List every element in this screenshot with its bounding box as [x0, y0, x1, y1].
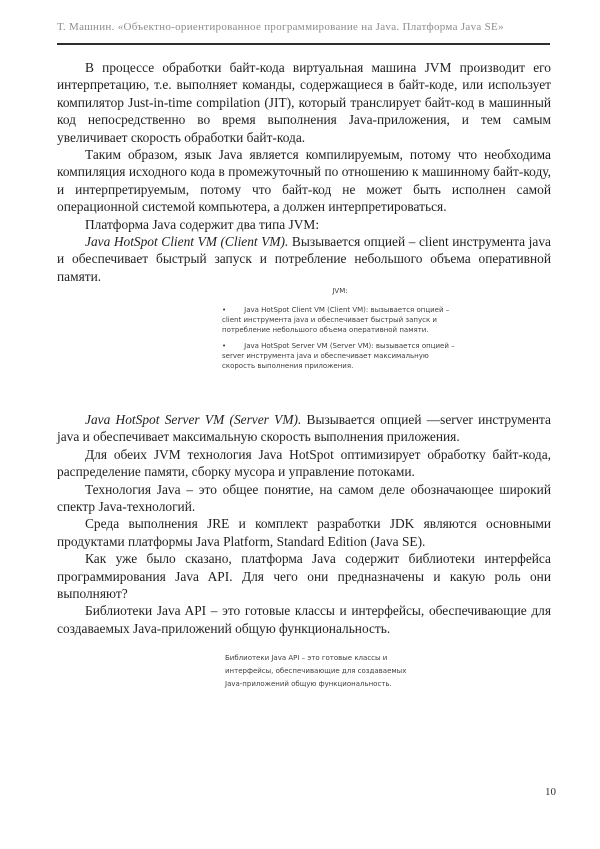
bullet-text: Java HotSpot Server VM (Server VM): вызы… — [222, 342, 455, 370]
paragraph-text: Как уже было сказано, платформа Java сод… — [57, 551, 551, 601]
embedded-figure-jvm: JVM: •Java HotSpot Client VM (Client VM)… — [222, 286, 458, 377]
document-page: Т. Машнин. «Объектно-ориентированное про… — [0, 0, 600, 849]
paragraph-text: Платформа Java содержит два типа JVM: — [85, 217, 319, 232]
embedded-figure-api: Библиотеки Java API – это готовые классы… — [225, 652, 415, 691]
paragraph: Платформа Java содержит два типа JVM: — [57, 216, 551, 233]
paragraph-text: Для обеих JVM технология Java HotSpot оп… — [57, 447, 551, 479]
body-text-lower: Java HotSpot Server VM (Server VM). Вызы… — [57, 411, 551, 637]
figure-title: JVM: — [222, 286, 458, 296]
bullet-icon: • — [222, 306, 226, 314]
paragraph: Библиотеки Java API – это готовые классы… — [57, 602, 551, 637]
header-rule — [57, 43, 550, 45]
paragraph: Таким образом, язык Java является компил… — [57, 146, 551, 216]
paragraph: Java HotSpot Client VM (Client VM). Вызы… — [57, 233, 551, 285]
paragraph-text: Библиотеки Java API – это готовые классы… — [57, 603, 551, 635]
bullet-icon: • — [222, 342, 226, 350]
running-header: Т. Машнин. «Объектно-ориентированное про… — [57, 21, 552, 33]
paragraph: В процессе обработки байт-кода виртуальн… — [57, 59, 551, 146]
paragraph: Java HotSpot Server VM (Server VM). Вызы… — [57, 411, 551, 446]
figure-bullet-item: •Java HotSpot Client VM (Client VM): выз… — [222, 305, 458, 335]
paragraph-text: В процессе обработки байт-кода виртуальн… — [57, 60, 551, 145]
paragraph: Как уже было сказано, платформа Java сод… — [57, 550, 551, 602]
figure-text: Библиотеки Java API – это готовые классы… — [225, 652, 415, 691]
paragraph: Технология Java – это общее понятие, на … — [57, 481, 551, 516]
paragraph-lead-italic: Java HotSpot Client VM (Client VM). — [85, 234, 288, 249]
paragraph: Среда выполнения JRE и комплект разработ… — [57, 515, 551, 550]
paragraph-lead-italic: Java HotSpot Server VM (Server VM). — [85, 412, 301, 427]
body-text-upper: В процессе обработки байт-кода виртуальн… — [57, 59, 551, 285]
paragraph-text: Таким образом, язык Java является компил… — [57, 147, 551, 214]
bullet-text: Java HotSpot Client VM (Client VM): вызы… — [222, 306, 449, 334]
paragraph-text: Среда выполнения JRE и комплект разработ… — [57, 516, 551, 548]
figure-bullet-item: •Java HotSpot Server VM (Server VM): выз… — [222, 341, 458, 371]
paragraph: Для обеих JVM технология Java HotSpot оп… — [57, 446, 551, 481]
paragraph-text: Технология Java – это общее понятие, на … — [57, 482, 551, 514]
page-number: 10 — [545, 786, 556, 798]
